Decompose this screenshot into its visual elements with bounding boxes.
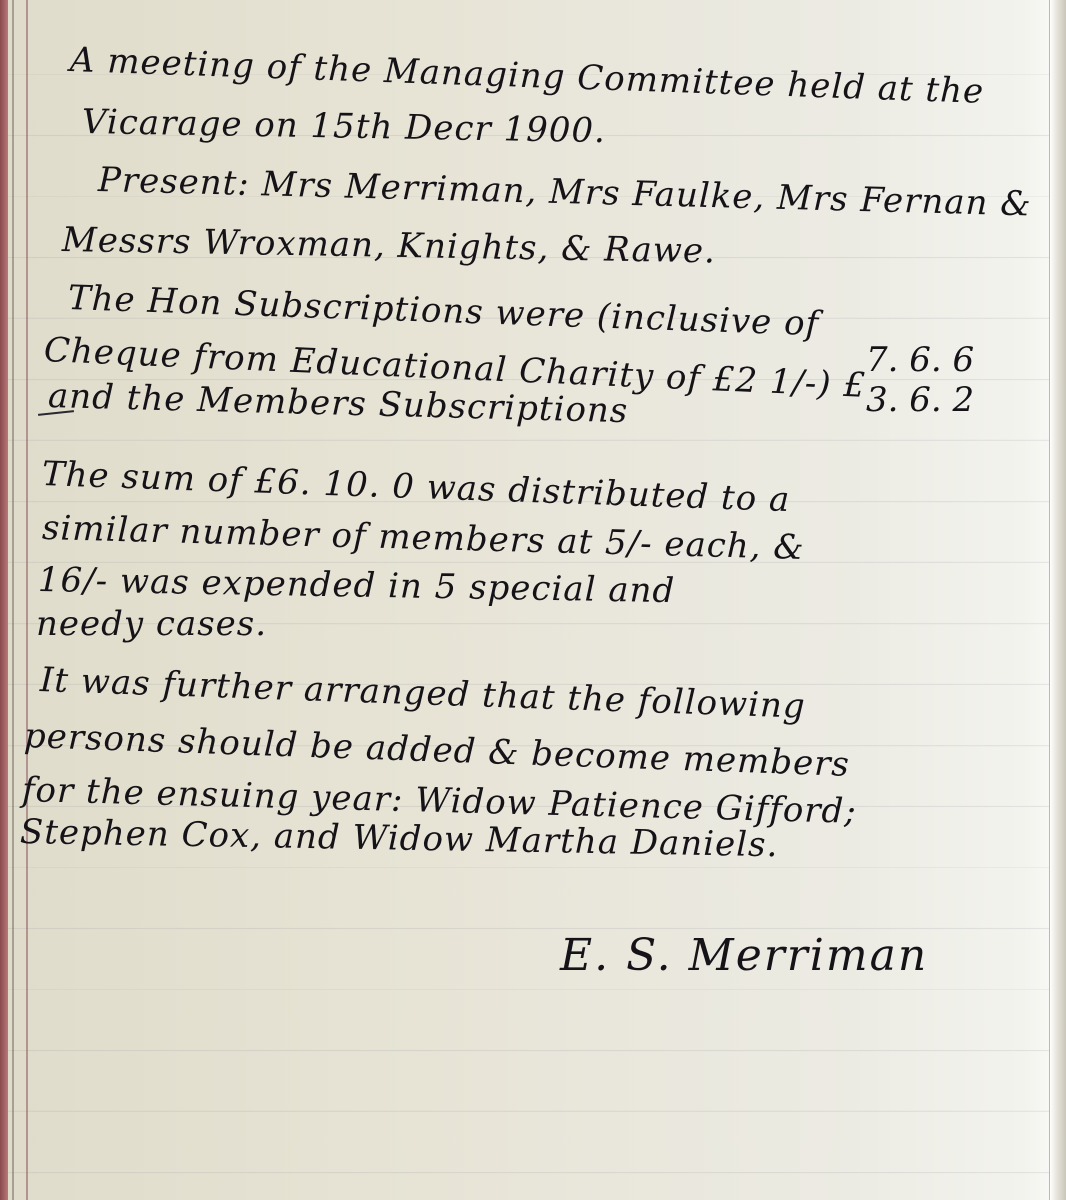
book-binding — [0, 0, 8, 1200]
subscriptions-amount-1: 7. 6. 6 — [866, 340, 974, 380]
page-edge — [1049, 0, 1066, 1200]
minute-book-page: A meeting of the Managing Committee held… — [0, 0, 1066, 1200]
margin-rule-red — [26, 0, 28, 1200]
margin-rule — [12, 0, 14, 1200]
distribution-line-4: needy cases. — [36, 604, 267, 644]
signature: E. S. Merriman — [560, 930, 928, 981]
subscriptions-amount-2: 3. 6. 2 — [866, 380, 974, 420]
